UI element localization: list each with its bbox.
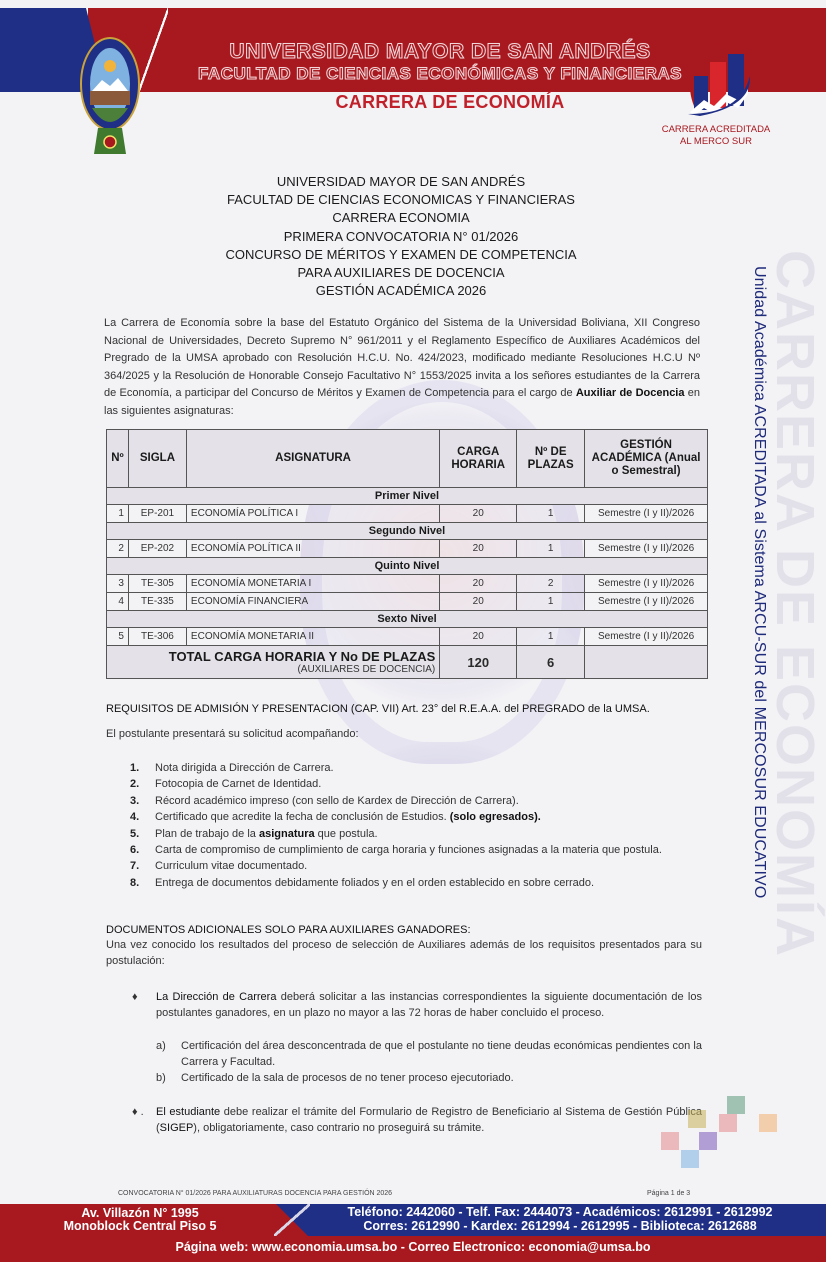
cell-plazas: 2 xyxy=(517,575,585,593)
sub-item-text: Certificado de la sala de procesos de no… xyxy=(181,1072,514,1084)
header-asignatura: ASIGNATURA xyxy=(186,430,439,488)
accreditation-line-2: AL MERCO SUR xyxy=(640,136,792,148)
table-row: 5TE-306ECONOMÍA MONETARIA II201Semestre … xyxy=(107,628,708,646)
list-text: Carta de compromiso de cumplimiento de c… xyxy=(155,844,662,856)
cell-num: 5 xyxy=(107,628,129,646)
cell-plazas: 1 xyxy=(517,628,585,646)
list-bold: asignatura xyxy=(259,828,315,840)
cell-asignatura: ECONOMÍA MONETARIA I xyxy=(186,575,439,593)
cell-sigla: EP-201 xyxy=(128,505,186,523)
bullet-bold: El estudiante xyxy=(156,1106,220,1118)
title-line: UNIVERSIDAD MAYOR DE SAN ANDRÉS xyxy=(200,173,602,191)
cell-asignatura: ECONOMÍA POLÍTICA I xyxy=(186,505,439,523)
list-number: 8. xyxy=(130,875,139,891)
list-item: 7.Curriculum vitae documentado. xyxy=(130,858,702,874)
cell-asignatura: ECONOMÍA MONETARIA II xyxy=(186,628,439,646)
cell-sigla: EP-202 xyxy=(128,540,186,558)
phones-line-2: Corres: 2612990 - Kardex: 2612994 - 2612… xyxy=(310,1220,810,1234)
cell-gestion: Semestre (I y II)/2026 xyxy=(585,540,708,558)
list-item: 6.Carta de compromiso de cumplimiento de… xyxy=(130,842,702,858)
sub-item: b)Certificado de la sala de procesos de … xyxy=(156,1070,702,1086)
table-level-row: Segundo Nivel xyxy=(107,523,708,540)
total-plazas: 6 xyxy=(517,646,585,679)
list-item: 4.Certificado que acredite la fecha de c… xyxy=(130,809,702,825)
total-sublabel: (AUXILIARES DE DOCENCIA) xyxy=(111,664,435,675)
list-item: 1.Nota dirigida a Dirección de Carrera. xyxy=(130,760,702,776)
accreditation-line-1: CARRERA ACREDITADA xyxy=(640,124,792,136)
list-bold: (solo egresados). xyxy=(450,811,541,823)
address-line-2: Monoblock Central Piso 5 xyxy=(40,1220,240,1233)
bullet-bold: La Dirección de Carrera xyxy=(156,991,276,1003)
diamond-bullet-icon: ♦ . xyxy=(132,1104,144,1120)
list-number: 5. xyxy=(130,826,139,842)
total-carga: 120 xyxy=(440,646,517,679)
list-item: 8.Entrega de documentos debidamente foli… xyxy=(130,875,702,891)
list-text: Certificado que acredite la fecha de con… xyxy=(155,811,450,823)
bullet-direccion: ♦ La Dirección de Carrera deberá solicit… xyxy=(132,989,702,1021)
requirements-list: 1.Nota dirigida a Dirección de Carrera.2… xyxy=(130,760,702,891)
list-item: 2.Fotocopia de Carnet de Identidad. xyxy=(130,776,702,792)
list-number: 4. xyxy=(130,809,139,825)
list-text: Entrega de documentos debidamente foliad… xyxy=(155,877,594,889)
cell-carga: 20 xyxy=(440,593,517,611)
footer-web-contact: Página web: www.economia.umsa.bo - Corre… xyxy=(0,1240,826,1254)
cell-carga: 20 xyxy=(440,505,517,523)
cell-carga: 20 xyxy=(440,540,517,558)
list-text: Fotocopia de Carnet de Identidad. xyxy=(155,778,321,790)
list-item: 5.Plan de trabajo de la asignatura que p… xyxy=(130,826,702,842)
list-text-end: que postula. xyxy=(315,828,378,840)
footer-phones: Teléfono: 2442060 - Telf. Fax: 2444073 -… xyxy=(310,1206,810,1233)
list-text: Récord académico impreso (con sello de K… xyxy=(155,795,519,807)
table-level-row: Primer Nivel xyxy=(107,488,708,505)
cell-asignatura: ECONOMÍA FINANCIERA xyxy=(186,593,439,611)
cell-sigla: TE-306 xyxy=(128,628,186,646)
sub-item-letter: b) xyxy=(156,1070,166,1086)
table-level-row: Sexto Nivel xyxy=(107,611,708,628)
cell-num: 3 xyxy=(107,575,129,593)
cell-plazas: 1 xyxy=(517,540,585,558)
additional-docs-intro: Una vez conocido los resultados del proc… xyxy=(106,938,702,969)
header-gestion: GESTIÓN ACADÉMICA (Anual o Semestral) xyxy=(585,430,708,488)
list-number: 7. xyxy=(130,858,139,874)
positions-table: Nº SIGLA ASIGNATURA CARGA HORARIA Nº DE … xyxy=(106,429,708,679)
cell-num: 4 xyxy=(107,593,129,611)
header-carga: CARGA HORARIA xyxy=(440,430,517,488)
table-row: 2EP-202ECONOMÍA POLÍTICA II201Semestre (… xyxy=(107,540,708,558)
list-text: Curriculum vitae documentado. xyxy=(155,860,307,872)
list-item: 3.Récord académico impreso (con sello de… xyxy=(130,793,702,809)
sub-item: a)Certificación del área desconcentrada … xyxy=(156,1038,702,1070)
document-title-block: UNIVERSIDAD MAYOR DE SAN ANDRÉS FACULTAD… xyxy=(200,173,602,300)
level-label: Sexto Nivel xyxy=(107,611,708,628)
list-text: Plan de trabajo de la xyxy=(155,828,259,840)
accreditation-caption: CARRERA ACREDITADA AL MERCO SUR xyxy=(640,124,792,148)
phones-line-1: Teléfono: 2442060 - Telf. Fax: 2444073 -… xyxy=(310,1206,810,1220)
header-sigla: SIGLA xyxy=(128,430,186,488)
header-plazas: Nº DE PLAZAS xyxy=(517,430,585,488)
table-row: 4TE-335ECONOMÍA FINANCIERA201Semestre (I… xyxy=(107,593,708,611)
additional-docs-heading: DOCUMENTOS ADICIONALES SOLO PARA AUXILIA… xyxy=(106,924,471,936)
level-label: Quinto Nivel xyxy=(107,558,708,575)
title-line: GESTIÓN ACADÉMICA 2026 xyxy=(200,282,602,300)
university-crest-icon xyxy=(78,36,142,156)
requirements-heading: REQUISITOS DE ADMISIÓN Y PRESENTACION (C… xyxy=(106,703,706,715)
title-line: CONCURSO DE MÉRITOS Y EXAMEN DE COMPETEN… xyxy=(200,246,602,264)
cell-sigla: TE-305 xyxy=(128,575,186,593)
total-label: TOTAL CARGA HORARIA Y No DE PLAZAS xyxy=(111,649,435,664)
header-num: Nº xyxy=(107,430,129,488)
level-label: Segundo Nivel xyxy=(107,523,708,540)
level-label: Primer Nivel xyxy=(107,488,708,505)
header-faculty: FACULTAD DE CIENCIAS ECONÓMICAS Y FINANC… xyxy=(170,64,710,84)
total-label-cell: TOTAL CARGA HORARIA Y No DE PLAZAS (AUXI… xyxy=(107,646,440,679)
sub-item-letter: a) xyxy=(156,1038,166,1054)
diamond-bullet-icon: ♦ xyxy=(132,989,138,1005)
bullet-text-end: ), obligatoriamente, caso contrario no p… xyxy=(193,1122,484,1134)
sub-items-list: a)Certificación del área desconcentrada … xyxy=(156,1038,702,1086)
cell-gestion: Semestre (I y II)/2026 xyxy=(585,575,708,593)
cell-gestion: Semestre (I y II)/2026 xyxy=(585,505,708,523)
accreditation-logo-icon xyxy=(680,36,760,116)
table-header-row: Nº SIGLA ASIGNATURA CARGA HORARIA Nº DE … xyxy=(107,430,708,488)
list-number: 6. xyxy=(130,842,139,858)
title-line: FACULTAD DE CIENCIAS ECONOMICAS Y FINANC… xyxy=(200,191,602,209)
decorative-squares-icon xyxy=(655,1110,785,1190)
cell-carga: 20 xyxy=(440,628,517,646)
cell-gestion: Semestre (I y II)/2026 xyxy=(585,628,708,646)
table-row: 3TE-305ECONOMÍA MONETARIA I202Semestre (… xyxy=(107,575,708,593)
cell-sigla: TE-335 xyxy=(128,593,186,611)
table-total-row: TOTAL CARGA HORARIA Y No DE PLAZAS (AUXI… xyxy=(107,646,708,679)
cell-gestion: Semestre (I y II)/2026 xyxy=(585,593,708,611)
intro-bold: Auxiliar de Docencia xyxy=(576,387,685,399)
cell-carga: 20 xyxy=(440,575,517,593)
cell-plazas: 1 xyxy=(517,593,585,611)
list-number: 2. xyxy=(130,776,139,792)
table-level-row: Quinto Nivel xyxy=(107,558,708,575)
page-number: Página 1 de 3 xyxy=(647,1190,690,1197)
requirements-intro: El postulante presentará su solicitud ac… xyxy=(106,728,359,740)
footer-divider xyxy=(274,1204,310,1236)
title-line: PRIMERA CONVOCATORIA N° 01/2026 xyxy=(200,228,602,246)
footer-address: Av. Villazón N° 1995 Monoblock Central P… xyxy=(40,1207,240,1233)
title-line: PARA AUXILIARES DE DOCENCIA xyxy=(200,264,602,282)
header-career: CARRERA DE ECONOMÍA xyxy=(170,92,730,113)
title-line: CARRERA ECONOMIA xyxy=(200,209,602,227)
sub-item-text: Certificación del área desconcentrada de… xyxy=(181,1040,702,1068)
header-university: UNIVERSIDAD MAYOR DE SAN ANDRÉS xyxy=(170,40,710,64)
side-accreditation-text: Unidad Académica ACREDITADA al Sistema A… xyxy=(750,266,768,898)
total-empty xyxy=(585,646,708,679)
footer-note: CONVOCATORIA N° 01/2026 PARA AUXILIATURA… xyxy=(118,1190,392,1197)
list-text: Nota dirigida a Dirección de Carrera. xyxy=(155,762,334,774)
cell-plazas: 1 xyxy=(517,505,585,523)
list-number: 3. xyxy=(130,793,139,809)
cell-num: 1 xyxy=(107,505,129,523)
cell-num: 2 xyxy=(107,540,129,558)
bullet-estudiante: ♦ . El estudiante debe realizar el trámi… xyxy=(132,1104,702,1136)
bullet-bold-sigep: SIGEP xyxy=(160,1122,194,1134)
list-number: 1. xyxy=(130,760,139,776)
side-ghost-text: CARRERA DE ECONOMÍA xyxy=(770,250,826,1020)
intro-paragraph: La Carrera de Economía sobre la base del… xyxy=(104,315,700,421)
cell-asignatura: ECONOMÍA POLÍTICA II xyxy=(186,540,439,558)
header-divider xyxy=(138,8,168,92)
table-row: 1EP-201ECONOMÍA POLÍTICA I201Semestre (I… xyxy=(107,505,708,523)
